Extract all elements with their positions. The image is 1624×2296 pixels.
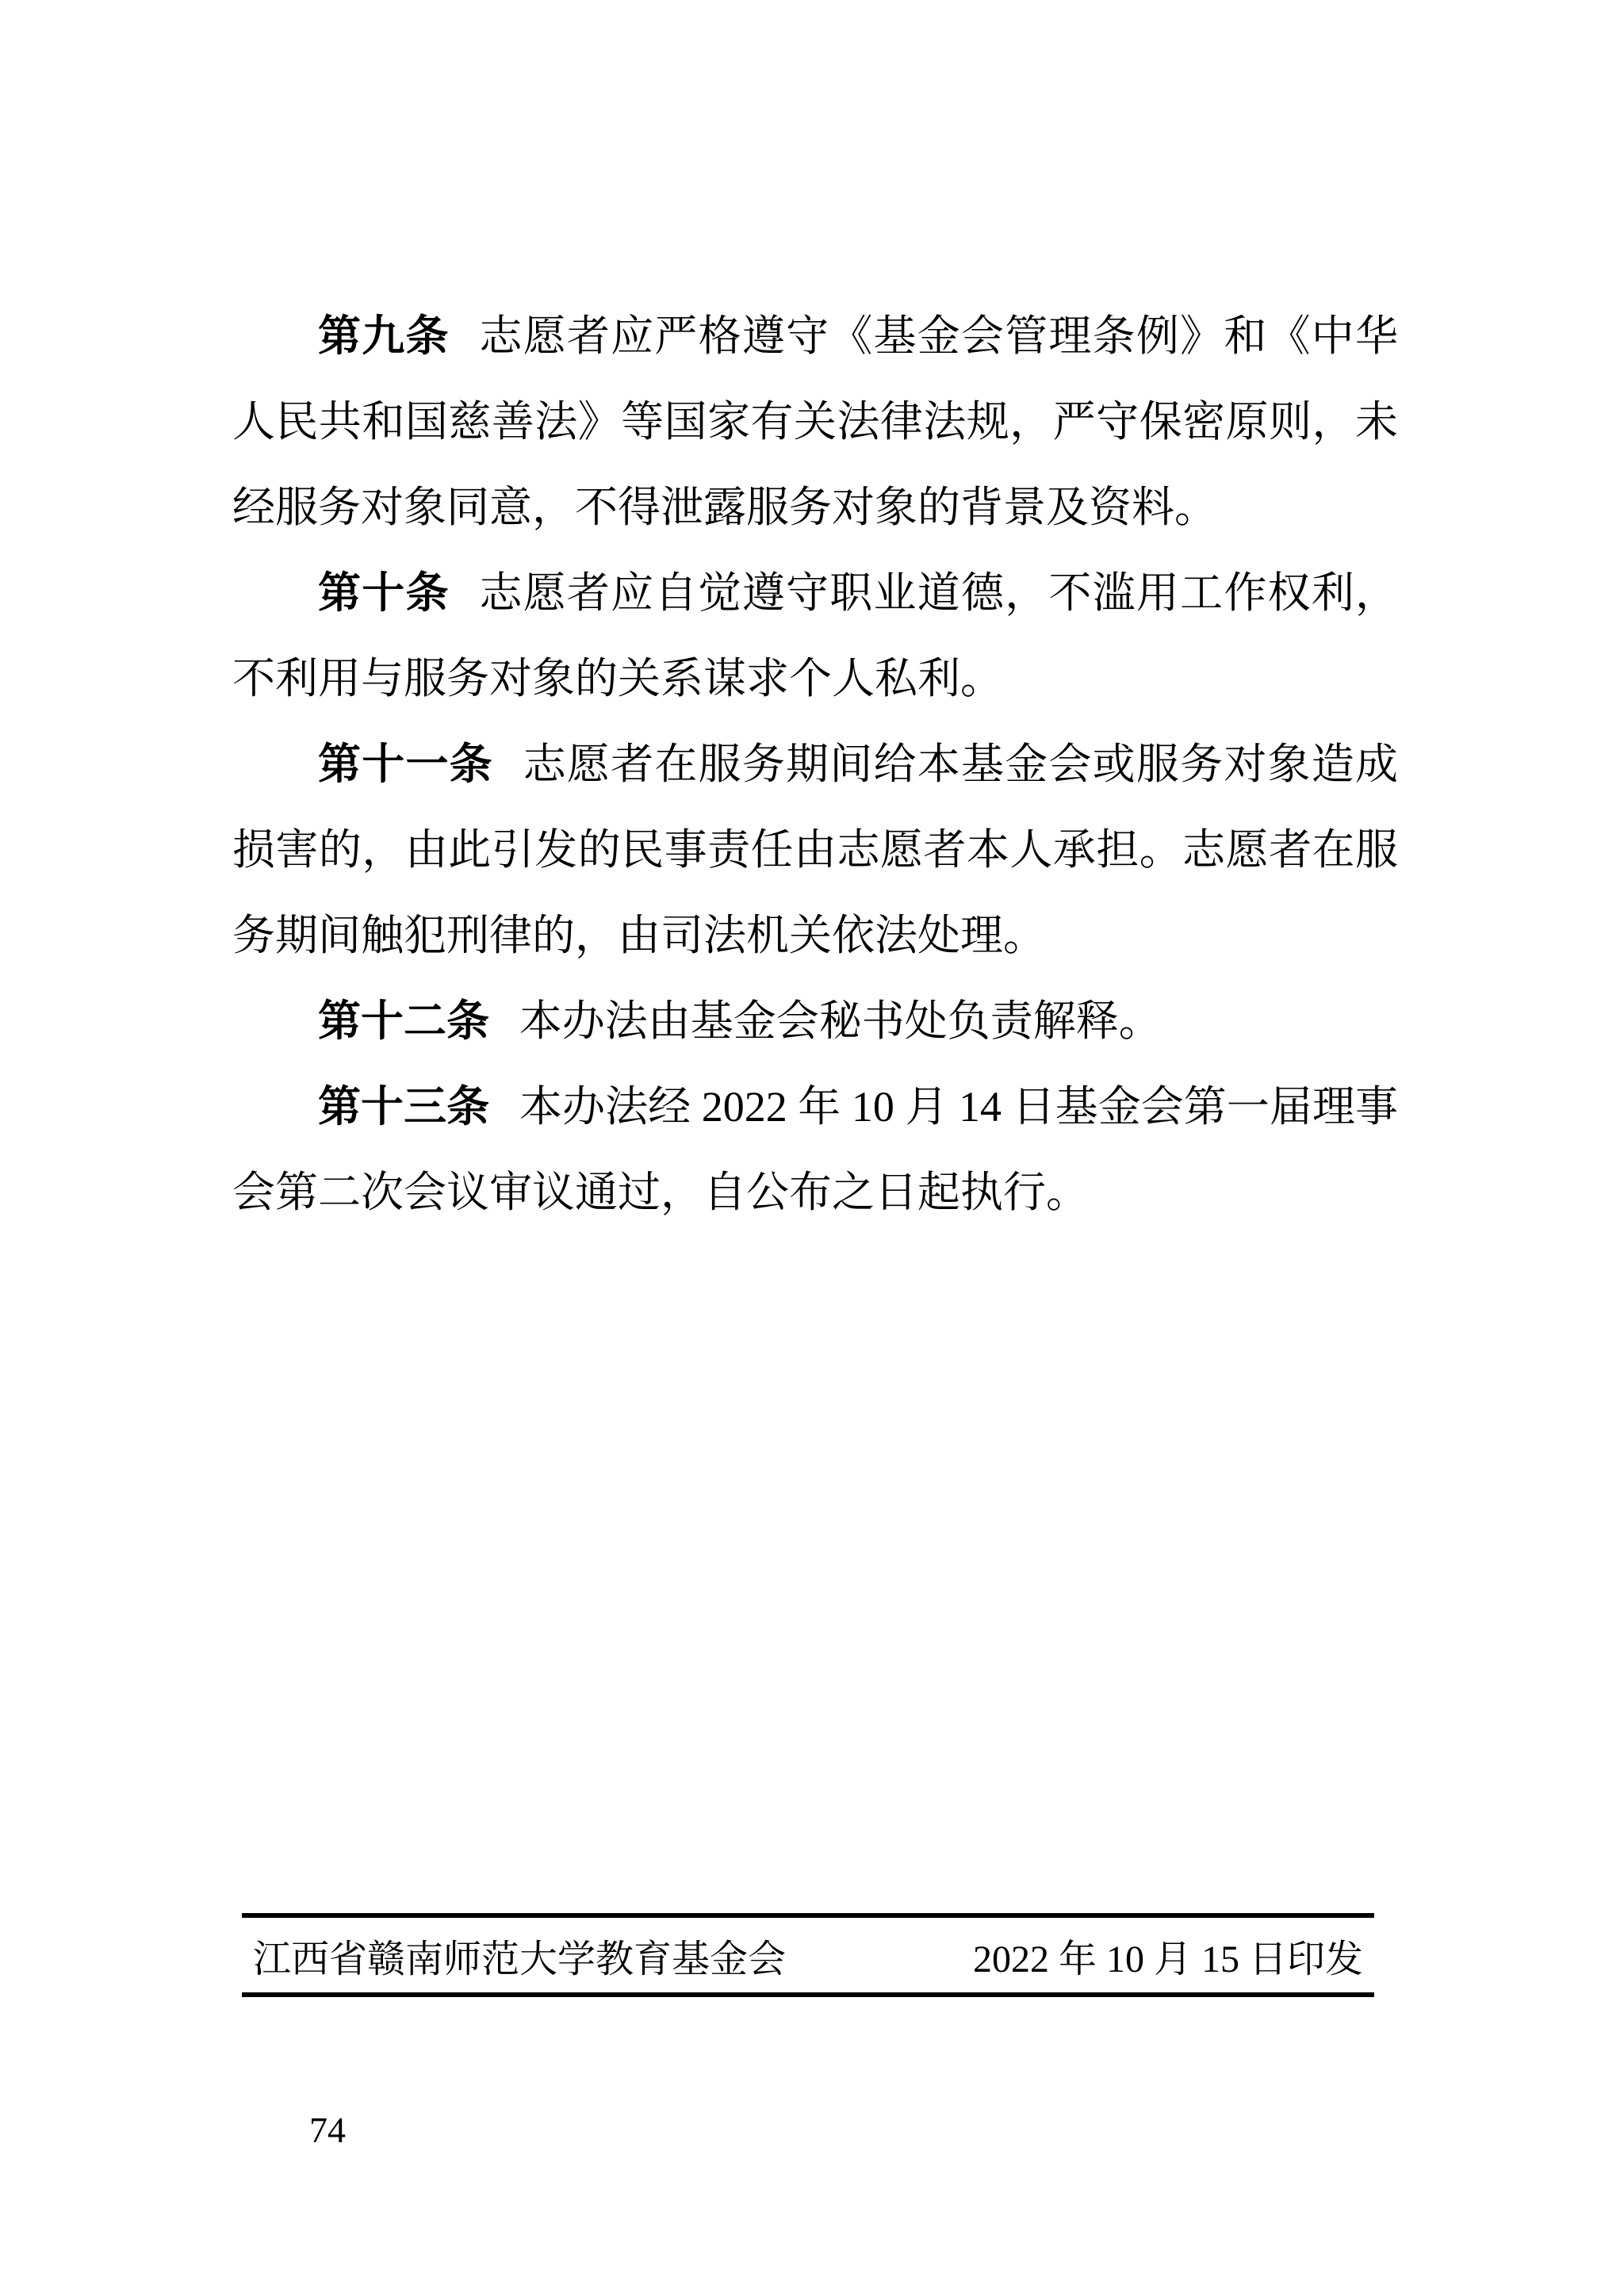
article-paragraph: 第九条志愿者应严格遵守《基金会管理条例》和《中华人民共和国慈善法》等国家有关法律…	[232, 293, 1398, 550]
article-number-label: 第十二条	[318, 997, 489, 1045]
article-paragraph: 第十二条本办法由基金会秘书处负责解释。	[232, 978, 1398, 1064]
article-number-label: 第十一条	[318, 740, 493, 788]
article-number-label: 第九条	[318, 312, 450, 360]
article-paragraph: 第十三条本办法经 2022 年 10 月 14 日基金会第一届理事会第二次会议审…	[232, 1064, 1398, 1235]
footer-imprint-bar: 江西省赣南师范大学教育基金会 2022 年 10 月 15 日印发	[242, 1913, 1374, 1997]
article-paragraph: 第十一条志愿者在服务期间给本基金会或服务对象造成损害的，由此引发的民事责任由志愿…	[232, 721, 1398, 978]
footer-print-date: 2022 年 10 月 15 日印发	[973, 1928, 1363, 1983]
document-page: 第九条志愿者应严格遵守《基金会管理条例》和《中华人民共和国慈善法》等国家有关法律…	[0, 0, 1624, 2296]
article-paragraph: 第十条志愿者应自觉遵守职业道德，不滥用工作权利，不利用与服务对象的关系谋求个人私…	[232, 550, 1398, 721]
footer-issuer: 江西省赣南师范大学教育基金会	[253, 1928, 786, 1983]
article-number-label: 第十三条	[318, 1083, 489, 1131]
article-text: 本办法由基金会秘书处负责解释。	[519, 997, 1162, 1045]
document-body: 第九条志愿者应严格遵守《基金会管理条例》和《中华人民共和国慈善法》等国家有关法律…	[232, 293, 1398, 1235]
page-number: 74	[309, 2109, 346, 2151]
article-number-label: 第十条	[318, 569, 450, 617]
